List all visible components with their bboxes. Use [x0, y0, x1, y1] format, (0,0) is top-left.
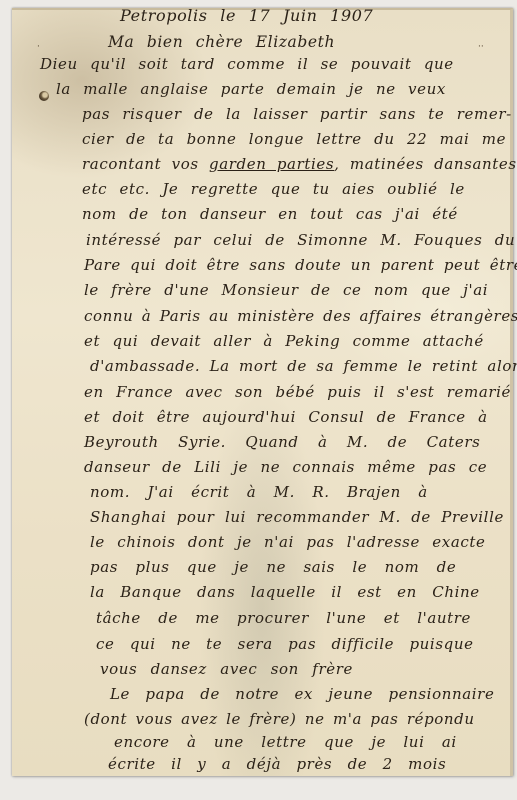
letter-line: intéressé par celui de Simonne M. Fouque… [86, 230, 515, 250]
letter-line: cier de ta bonne longue lettre du 22 mai… [82, 129, 506, 149]
letter-line: écrite il y a déjà près de 2 mois [108, 754, 446, 774]
letter-line: etc etc. Je regrette que tu aies oublié … [82, 179, 465, 199]
ink-speck: ·· [478, 42, 484, 52]
letter-line: Shanghai pour lui recommander M. de Prev… [90, 507, 504, 527]
letter-date-header: Petropolis le 17 Juin 1907 [120, 6, 373, 26]
letter-line: encore à une lettre que je lui ai [114, 732, 457, 752]
letter-line: et doit être aujourd'hui Consul de Franc… [84, 407, 488, 427]
letter-line: le frère d'une Monsieur de ce nom que j'… [84, 280, 488, 300]
underlined-phrase: garden parties [209, 155, 334, 173]
letter-salutation: Ma bien chère Elizabeth [108, 32, 335, 52]
ink-speck: · [37, 42, 40, 52]
letter-line: (dont vous avez le frère) ne m'a pas rép… [84, 709, 475, 729]
letter-line: d'ambassade. La mort de sa femme le reti… [90, 356, 517, 376]
letter-line: nom. J'ai écrit à M. R. Brajen à [90, 482, 428, 502]
punch-hole [39, 91, 49, 101]
letter-line: danseur de Lili je ne connais même pas c… [84, 457, 487, 477]
letter-line: le chinois dont je n'ai pas l'adresse ex… [90, 532, 485, 552]
letter-line: connu à Paris au ministère des affaires … [84, 306, 517, 326]
letter-line: Le papa de notre ex jeune pensionnaire [110, 684, 494, 704]
letter-line: Dieu qu'il soit tard comme il se pouvait… [40, 54, 454, 74]
letter-line: nom de ton danseur en tout cas j'ai été [82, 204, 458, 224]
letter-line: Pare qui doit être sans doute un parent … [84, 255, 517, 275]
letter-line: Beyrouth Syrie. Quand à M. de Caters [84, 432, 480, 452]
text-fragment: racontant vos [82, 155, 209, 173]
letter-line: la malle anglaise parte demain je ne veu… [56, 79, 446, 99]
letter-line: pas plus que je ne sais le nom de [90, 557, 456, 577]
letter-line: et qui devait aller à Peking comme attac… [84, 331, 484, 351]
letter-line: la Banque dans laquelle il est en Chine [90, 582, 480, 602]
letter-line: racontant vos garden parties, matinées d… [82, 154, 517, 174]
text-fragment: , matinées dansantes [334, 155, 517, 173]
letter-line: ce qui ne te sera pas difficile puisque [96, 634, 474, 654]
letter-line: tâche de me procurer l'une et l'autre [96, 608, 471, 628]
letter-line: pas risquer de la laisser partir sans te… [82, 104, 512, 124]
letter-line: en France avec son bébé puis il s'est re… [84, 382, 511, 402]
letter-line: vous dansez avec son frère [100, 659, 353, 679]
